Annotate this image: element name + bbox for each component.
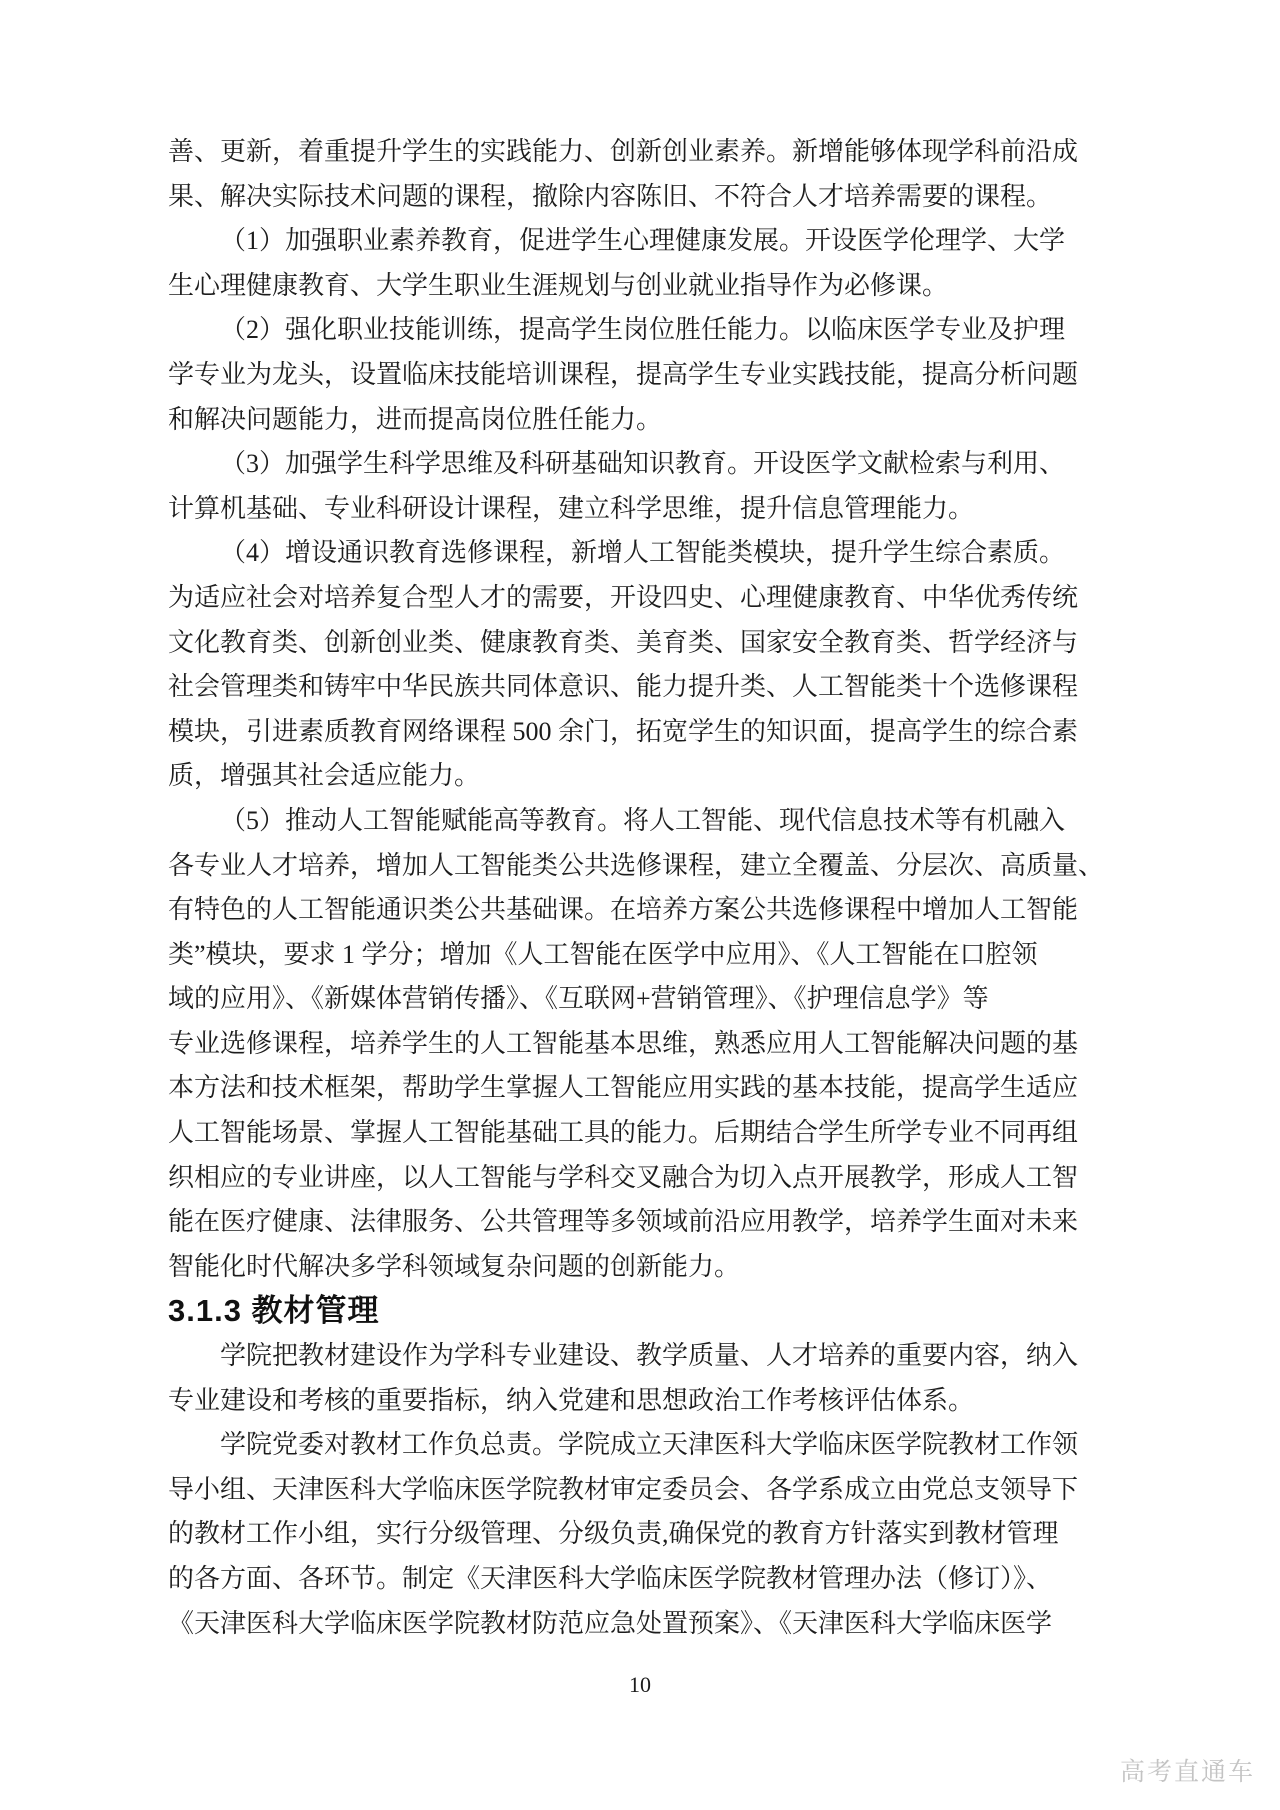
text-line: （1）加强职业素养教育，促进学生心理健康发展。开设医学伦理学、大学 — [168, 219, 1120, 264]
text-line: 生心理健康教育、大学生职业生涯规划与创业就业指导作为必修课。 — [168, 264, 1120, 309]
document-body: 善、更新，着重提升学生的实践能力、创新创业素养。新增能够体现学科前沿成果、解决实… — [168, 130, 1120, 1646]
text-line: 智能化时代解决多学科领域复杂问题的创新能力。 — [168, 1245, 1120, 1290]
text-line: 模块，引进素质教育网络课程 500 余门，拓宽学生的知识面，提高学生的综合素 — [168, 710, 1120, 755]
text-line: （2）强化职业技能训练，提高学生岗位胜任能力。以临床医学专业及护理 — [168, 308, 1120, 353]
text-line: 域的应用》、《新媒体营销传播》、《互联网+营销管理》、《护理信息学》等 — [168, 977, 1120, 1022]
text-line: 和解决问题能力，进而提高岗位胜任能力。 — [168, 398, 1120, 443]
section-heading: 3.1.3 教材管理 — [168, 1289, 1120, 1334]
text-line: 社会管理类和铸牢中华民族共同体意识、能力提升类、人工智能类十个选修课程 — [168, 665, 1120, 710]
text-line: （5）推动人工智能赋能高等教育。将人工智能、现代信息技术等有机融入 — [168, 799, 1120, 844]
text-line: 导小组、天津医科大学临床医学院教材审定委员会、各学系成立由党总支领导下 — [168, 1468, 1120, 1513]
text-line: 文化教育类、创新创业类、健康教育类、美育类、国家安全教育类、哲学经济与 — [168, 621, 1120, 666]
page-number: 10 — [0, 1672, 1280, 1698]
text-line: 善、更新，着重提升学生的实践能力、创新创业素养。新增能够体现学科前沿成 — [168, 130, 1120, 175]
text-line: 学院把教材建设作为学科专业建设、教学质量、人才培养的重要内容，纳入 — [168, 1334, 1120, 1379]
text-line: 果、解决实际技术问题的课程，撤除内容陈旧、不符合人才培养需要的课程。 — [168, 175, 1120, 220]
text-line: 类”模块，要求 1 学分；增加《人工智能在医学中应用》、《人工智能在口腔领 — [168, 933, 1120, 978]
text-line: 有特色的人工智能通识类公共基础课。在培养方案公共选修课程中增加人工智能 — [168, 888, 1120, 933]
text-line: 为适应社会对培养复合型人才的需要，开设四史、心理健康教育、中华优秀传统 — [168, 576, 1120, 621]
text-line: 《天津医科大学临床医学院教材防范应急处置预案》、《天津医科大学临床医学 — [168, 1602, 1120, 1647]
text-line: 本方法和技术框架，帮助学生掌握人工智能应用实践的基本技能，提高学生适应 — [168, 1066, 1120, 1111]
text-line: 各专业人才培养，增加人工智能类公共选修课程，建立全覆盖、分层次、高质量、 — [168, 844, 1120, 889]
text-line: 质，增强其社会适应能力。 — [168, 754, 1120, 799]
text-line: （3）加强学生科学思维及科研基础知识教育。开设医学文献检索与利用、 — [168, 442, 1120, 487]
watermark: 高考直通车 — [1120, 1752, 1255, 1788]
text-line: 专业建设和考核的重要指标，纳入党建和思想政治工作考核评估体系。 — [168, 1379, 1120, 1424]
text-line: 学院党委对教材工作负总责。学院成立天津医科大学临床医学院教材工作领 — [168, 1423, 1120, 1468]
text-line: （4）增设通识教育选修课程，新增人工智能类模块，提升学生综合素质。 — [168, 531, 1120, 576]
document-page: 善、更新，着重提升学生的实践能力、创新创业素养。新增能够体现学科前沿成果、解决实… — [0, 0, 1280, 1810]
text-line: 学专业为龙头，设置临床技能培训课程，提高学生专业实践技能，提高分析问题 — [168, 353, 1120, 398]
text-line: 的各方面、各环节。制定《天津医科大学临床医学院教材管理办法（修订）》、 — [168, 1557, 1120, 1602]
text-line: 的教材工作小组，实行分级管理、分级负责,确保党的教育方针落实到教材管理 — [168, 1512, 1120, 1557]
text-line: 能在医疗健康、法律服务、公共管理等多领域前沿应用教学，培养学生面对未来 — [168, 1200, 1120, 1245]
text-line: 人工智能场景、掌握人工智能基础工具的能力。后期结合学生所学专业不同再组 — [168, 1111, 1120, 1156]
text-line: 计算机基础、专业科研设计课程，建立科学思维，提升信息管理能力。 — [168, 487, 1120, 532]
text-line: 织相应的专业讲座，以人工智能与学科交叉融合为切入点开展教学，形成人工智 — [168, 1156, 1120, 1201]
text-line: 专业选修课程，培养学生的人工智能基本思维，熟悉应用人工智能解决问题的基 — [168, 1022, 1120, 1067]
